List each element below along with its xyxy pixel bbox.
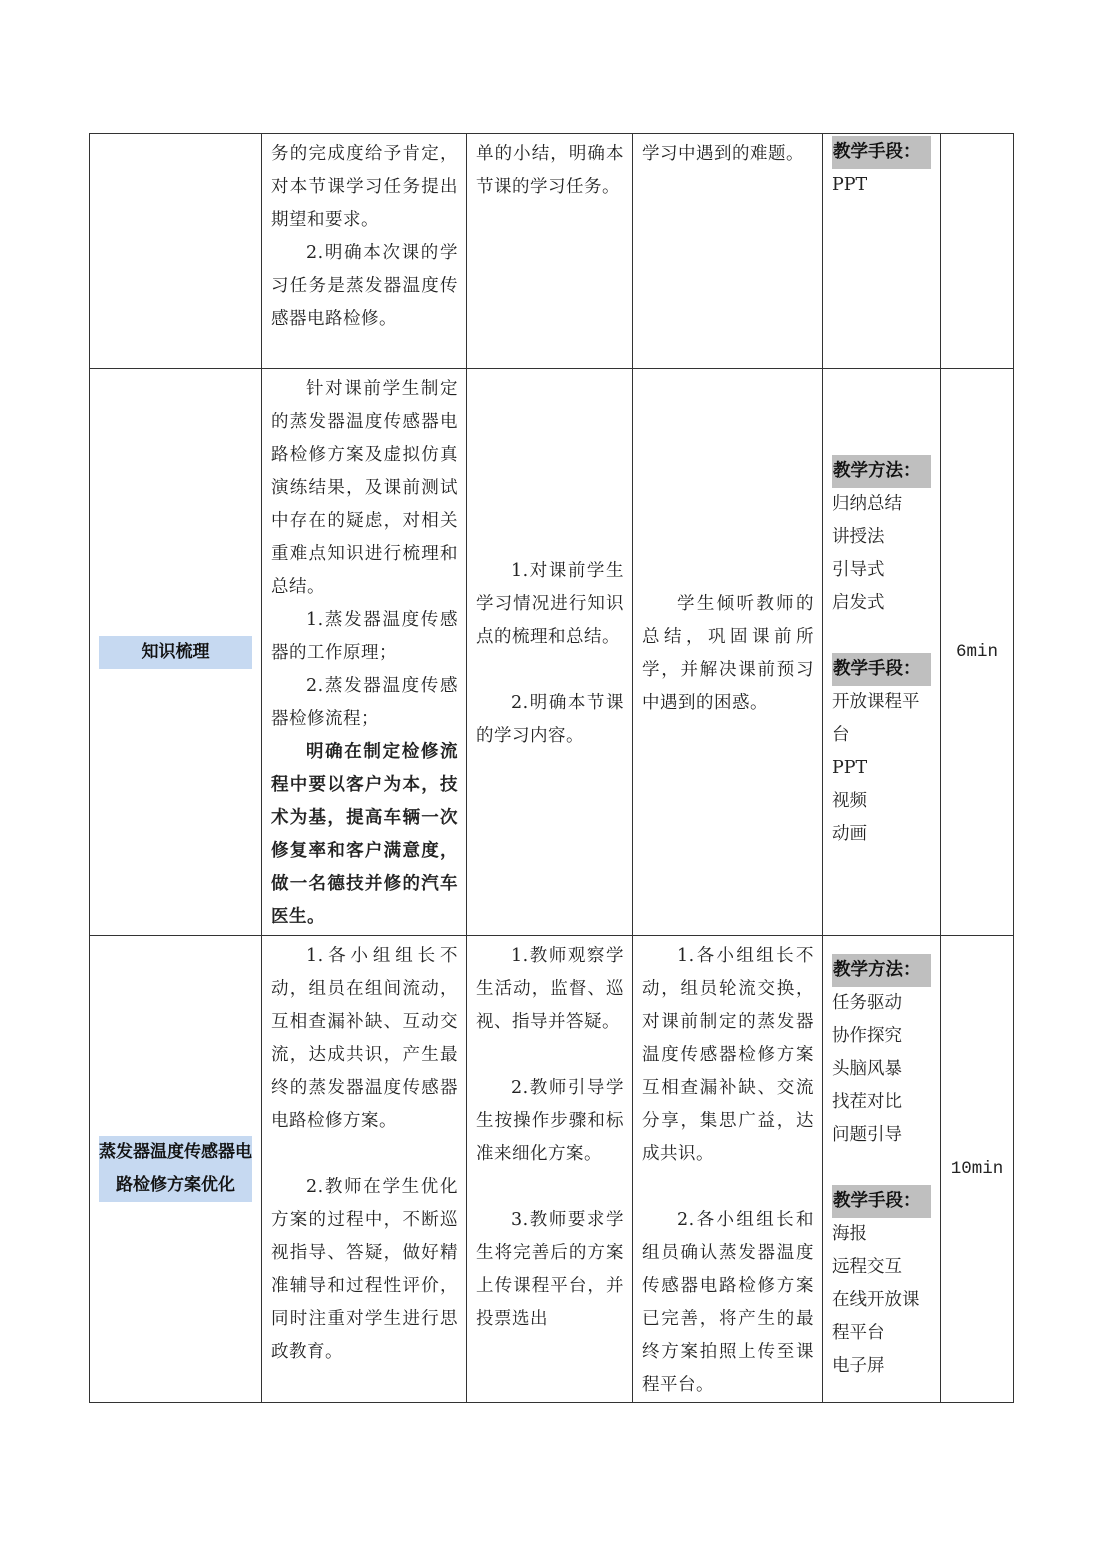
methods-cell: 教学手段： PPT bbox=[823, 134, 941, 369]
means-item: 海报 bbox=[832, 1218, 934, 1251]
student-activity-cell: 1.各小组组长不动，组员轮流交换，对课前制定的蒸发器温度传感器检修方案互相查漏补… bbox=[633, 936, 823, 1403]
method-item: 找茬对比 bbox=[832, 1086, 934, 1119]
teacher-text: 针对课前学生制定的蒸发器温度传感器电路检修方案及虚拟仿真演练结果，及课前测试中存… bbox=[271, 373, 458, 604]
methods-cell: 教学方法： 归纳总结 讲授法 引导式 启发式 教学手段： 开放课程平台 PPT … bbox=[823, 369, 941, 936]
method-item: 头脑风暴 bbox=[832, 1053, 934, 1086]
teacher-activity-cell: 务的完成度给予肯定，对本节课学习任务提出期望和要求。 2.明确本次课的学习任务是… bbox=[262, 134, 467, 369]
method-item: 问题引导 bbox=[832, 1119, 934, 1152]
stage-label: 蒸发器温度传感器电路检修方案优化 bbox=[99, 1136, 252, 1202]
student-activity-cell: 学生倾听教师的总结，巩固课前所学，并解决课前预习中遇到的困惑。 bbox=[633, 369, 823, 936]
stage-cell: 知识梳理 bbox=[90, 369, 262, 936]
method-item: 任务驱动 bbox=[832, 987, 934, 1020]
design-text: 2.明确本节课的学习内容。 bbox=[476, 687, 624, 753]
table-row: 蒸发器温度传感器电路检修方案优化 1.各小组组长不动，组员在组间流动，互相查漏补… bbox=[90, 936, 1014, 1403]
means-item: 电子屏 bbox=[832, 1350, 934, 1383]
design-intent-cell: 1.对课前学生学习情况进行知识点的梳理和总结。 2.明确本节课的学习内容。 bbox=[467, 369, 633, 936]
means-item: 动画 bbox=[832, 818, 934, 851]
time-cell: 10min bbox=[941, 936, 1014, 1403]
method-item: 归纳总结 bbox=[832, 488, 934, 521]
table-row: 务的完成度给予肯定，对本节课学习任务提出期望和要求。 2.明确本次课的学习任务是… bbox=[90, 134, 1014, 369]
teacher-text: 1.各小组组长不动，组员在组间流动，互相查漏补缺、互动交流，达成共识，产生最终的… bbox=[271, 940, 458, 1138]
stage-cell: 蒸发器温度传感器电路检修方案优化 bbox=[90, 936, 262, 1403]
means-item: 开放课程平台 bbox=[832, 686, 934, 752]
methods-cell: 教学方法： 任务驱动 协作探究 头脑风暴 找茬对比 问题引导 教学手段： 海报 … bbox=[823, 936, 941, 1403]
method-heading: 教学方法： bbox=[832, 954, 931, 987]
design-text: 3.教师要求学生将完善后的方案上传课程平台，并投票选出 bbox=[476, 1204, 624, 1336]
means-item: 在线开放课程平台 bbox=[832, 1284, 934, 1350]
student-text: 2.各小组组长和组员确认蒸发器温度传感器电路检修方案已完善，将产生的最终方案拍照… bbox=[642, 1204, 814, 1402]
design-intent-cell: 单的小结，明确本节课的学习任务。 bbox=[467, 134, 633, 369]
teacher-activity-cell: 针对课前学生制定的蒸发器温度传感器电路检修方案及虚拟仿真演练结果，及课前测试中存… bbox=[262, 369, 467, 936]
design-text: 1.对课前学生学习情况进行知识点的梳理和总结。 bbox=[476, 555, 624, 654]
method-item: 启发式 bbox=[832, 587, 934, 620]
method-heading: 教学方法： bbox=[832, 455, 931, 488]
student-activity-cell: 学习中遇到的难题。 bbox=[633, 134, 823, 369]
stage-label: 知识梳理 bbox=[99, 636, 252, 669]
teacher-text: 务的完成度给予肯定，对本节课学习任务提出期望和要求。 bbox=[271, 138, 458, 237]
teacher-emphasis-text: 明确在制定检修流程中要以客户为本，技术为基，提高车辆一次修复率和客户满意度，做一… bbox=[271, 736, 458, 934]
teacher-text: 2.明确本次课的学习任务是蒸发器温度传感器电路检修。 bbox=[271, 237, 458, 336]
student-text: 学生倾听教师的总结，巩固课前所学，并解决课前预习中遇到的困惑。 bbox=[642, 588, 814, 720]
teacher-text: 2.教师在学生优化方案的过程中，不断巡视指导、答疑，做好精准辅导和过程性评价，同… bbox=[271, 1171, 458, 1369]
means-heading: 教学手段： bbox=[832, 1185, 931, 1218]
method-item: 讲授法 bbox=[832, 521, 934, 554]
means-item: 视频 bbox=[832, 785, 934, 818]
stage-cell bbox=[90, 134, 262, 369]
time-cell bbox=[941, 134, 1014, 369]
time-cell: 6min bbox=[941, 369, 1014, 936]
student-text: 学习中遇到的难题。 bbox=[642, 138, 814, 171]
teacher-text: 1.蒸发器温度传感器的工作原理； bbox=[271, 604, 458, 670]
means-item: PPT bbox=[832, 752, 934, 785]
table-row: 知识梳理 针对课前学生制定的蒸发器温度传感器电路检修方案及虚拟仿真演练结果，及课… bbox=[90, 369, 1014, 936]
lesson-plan-table: 务的完成度给予肯定，对本节课学习任务提出期望和要求。 2.明确本次课的学习任务是… bbox=[89, 133, 1014, 1403]
method-item: 协作探究 bbox=[832, 1020, 934, 1053]
design-text: 单的小结，明确本节课的学习任务。 bbox=[476, 138, 624, 204]
method-item: 引导式 bbox=[832, 554, 934, 587]
teacher-text: 2.蒸发器温度传感器检修流程； bbox=[271, 670, 458, 736]
means-heading: 教学手段： bbox=[832, 653, 931, 686]
student-text: 1.各小组组长不动，组员轮流交换，对课前制定的蒸发器温度传感器检修方案互相查漏补… bbox=[642, 940, 814, 1171]
means-item: PPT bbox=[832, 169, 934, 202]
means-heading: 教学手段： bbox=[832, 136, 931, 169]
design-text: 2.教师引导学生按操作步骤和标准来细化方案。 bbox=[476, 1072, 624, 1171]
design-intent-cell: 1.教师观察学生活动，监督、巡视、指导并答疑。 2.教师引导学生按操作步骤和标准… bbox=[467, 936, 633, 1403]
teacher-activity-cell: 1.各小组组长不动，组员在组间流动，互相查漏补缺、互动交流，达成共识，产生最终的… bbox=[262, 936, 467, 1403]
means-item: 远程交互 bbox=[832, 1251, 934, 1284]
design-text: 1.教师观察学生活动，监督、巡视、指导并答疑。 bbox=[476, 940, 624, 1039]
